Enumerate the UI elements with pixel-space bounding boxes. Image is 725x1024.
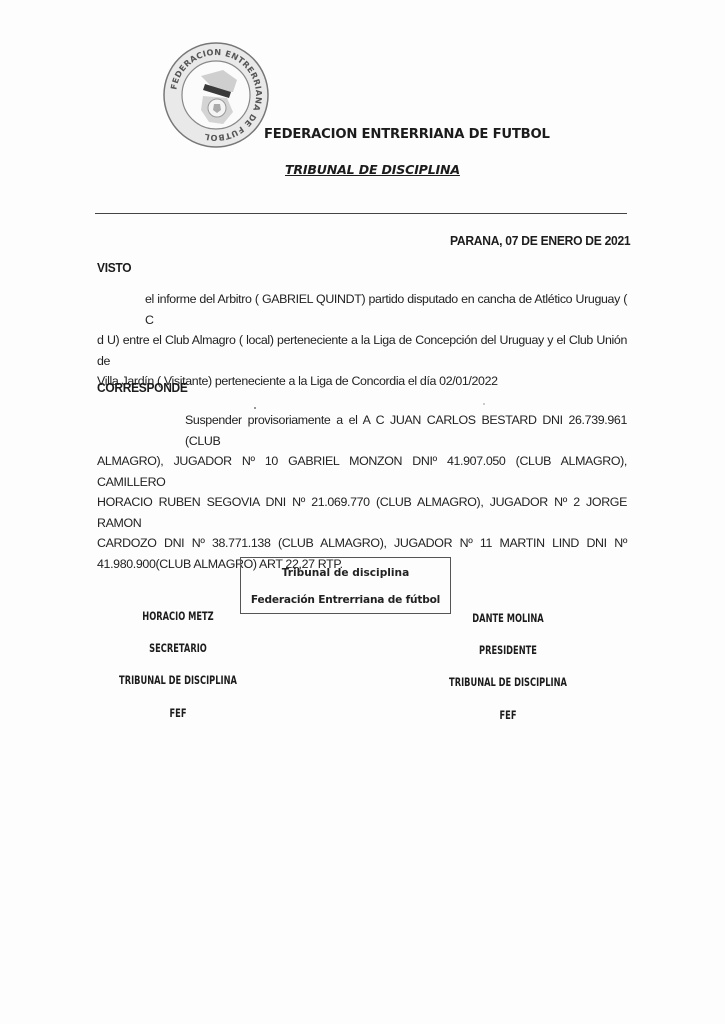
signatory-org: FEF: [429, 708, 587, 722]
federation-seal-logo: FEDERACION ENTRERRIANA DE FUTBOL: [161, 40, 271, 150]
stamp-line-2: Federación Entrerriana de fútbol: [241, 594, 450, 606]
signatory-name: HORACIO METZ: [99, 609, 257, 623]
signatory-body: TRIBUNAL DE DISCIPLINA: [99, 673, 257, 687]
tribunal-subtitle: TRIBUNAL DE DISCIPLINA: [285, 162, 460, 177]
scan-speck: [254, 407, 256, 409]
document-date: PARANA, 07 DE ENERO DE 2021: [450, 233, 630, 248]
corresponde-paragraph: Suspender provisoriamente a el A C JUAN …: [97, 410, 627, 574]
corresponde-line: HORACIO RUBEN SEGOVIA DNI Nº 21.069.770 …: [97, 492, 627, 533]
seal-icon: FEDERACION ENTRERRIANA DE FUTBOL: [161, 40, 271, 150]
document-page: FEDERACION ENTRERRIANA DE FUTBOL FEDERAC…: [0, 0, 725, 1024]
corresponde-heading: CORRESPONDE: [97, 381, 188, 395]
stamp-line-1: Tribunal de disciplina: [241, 567, 450, 579]
visto-line: d U) entre el Club Almagro ( local) pert…: [97, 330, 627, 371]
visto-paragraph: el informe del Arbitro ( GABRIEL QUINDT)…: [97, 289, 627, 392]
signatory-org: FEF: [99, 706, 257, 720]
visto-line: el informe del Arbitro ( GABRIEL QUINDT)…: [97, 289, 627, 330]
corresponde-line: ALMAGRO), JUGADOR Nº 10 GABRIEL MONZON D…: [97, 451, 627, 492]
tribunal-stamp: Tribunal de disciplina Federación Entrer…: [240, 557, 451, 614]
federation-title: FEDERACION ENTRERRIANA DE FUTBOL: [264, 127, 550, 142]
visto-heading: VISTO: [97, 261, 131, 275]
header-divider: [95, 213, 627, 214]
scan-speck: [483, 403, 485, 405]
signatory-role: SECRETARIO: [99, 641, 257, 655]
signatory-body: TRIBUNAL DE DISCIPLINA: [429, 675, 587, 689]
corresponde-line: CARDOZO DNI Nº 38.771.138 (CLUB ALMAGRO)…: [97, 533, 627, 554]
corresponde-line: Suspender provisoriamente a el A C JUAN …: [97, 410, 627, 451]
signatory-role: PRESIDENTE: [429, 643, 587, 657]
signatory-name: DANTE MOLINA: [429, 611, 587, 625]
